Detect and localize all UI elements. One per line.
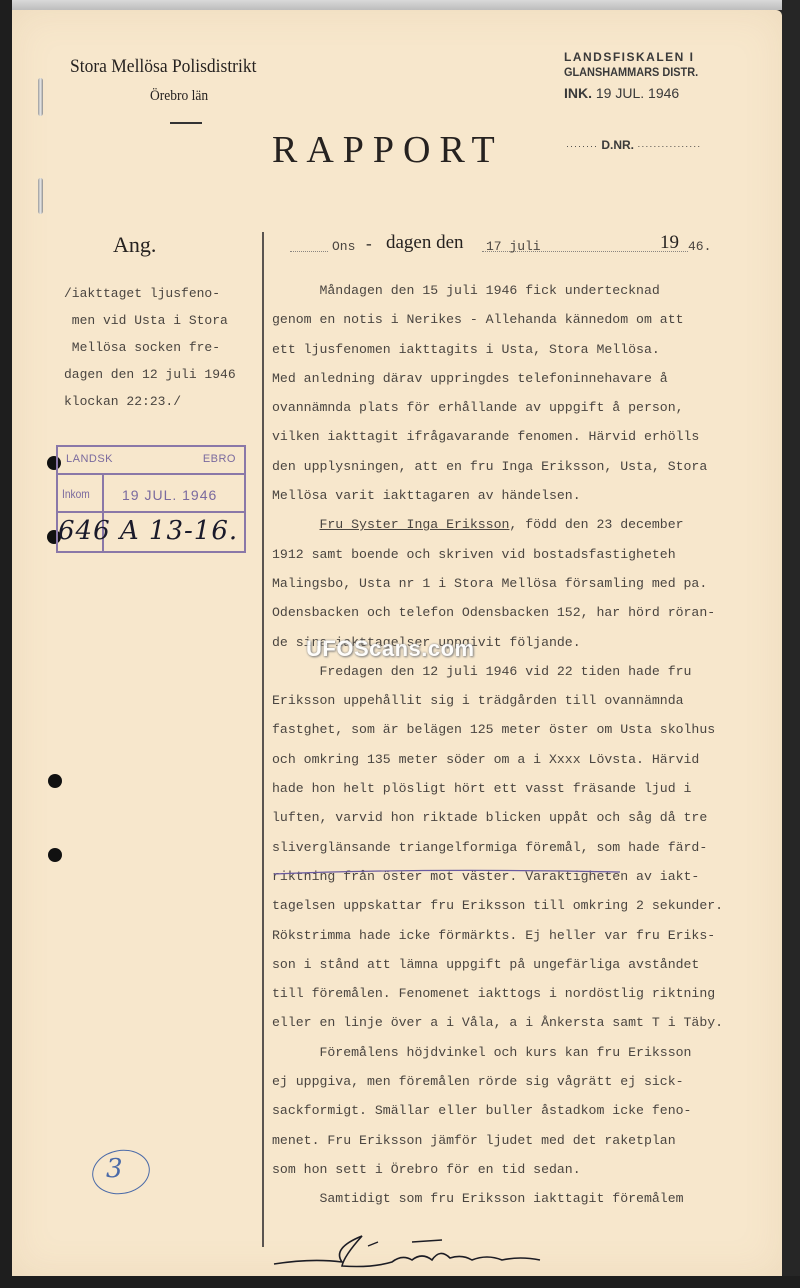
day-month: 17 juli (486, 239, 541, 254)
body-line: sliverglänsande triangelformiga föremål,… (272, 833, 782, 862)
registry-stamp-header-right: EBRO (203, 453, 236, 465)
stamp-rule (58, 473, 244, 475)
header-divider (170, 122, 202, 124)
body-line: Samtidigt som fru Eriksson iakttagit för… (272, 1184, 782, 1213)
subject-label: Ang. (113, 232, 156, 258)
report-body: Måndagen den 15 juli 1946 fick underteck… (272, 276, 782, 1214)
receipt-stamp-line2: GLANSHAMMARS DISTR. (564, 67, 698, 79)
body-line: eller en linje över a i Våla, a i Ånkers… (272, 1008, 782, 1037)
body-line: Mellösa varit iakttagaren av händelsen. (272, 481, 782, 510)
body-line: Med anledning därav uppringdes telefonin… (272, 364, 782, 393)
body-line: ett ljusfenomen iakttagits i Usta, Stora… (272, 335, 782, 364)
registry-stamp-header-left: LANDSK (66, 453, 113, 465)
receipt-stamp-line1: LANDSFISKALEN I (564, 50, 705, 64)
subject-line: klockan 22:23./ (64, 388, 260, 415)
dnr-label: D.NR. (601, 138, 634, 152)
weekday: Ons (332, 239, 355, 254)
body-line: Måndagen den 15 juli 1946 fick underteck… (272, 276, 782, 305)
stamp-rule (58, 511, 244, 513)
printed-dagen-den: dagen den (386, 232, 464, 254)
ink-date: 19 JUL. 1946 (596, 85, 679, 101)
staple-top (38, 78, 43, 116)
body-line: ovannämnda plats för erhållande av uppgi… (272, 393, 782, 422)
page-number: 3 (106, 1154, 123, 1184)
receipt-stamp: LANDSFISKALEN I GLANSHAMMARS DISTR. INK.… (564, 50, 705, 101)
body-line: vilken iakttagit ifrågavarande fenomen. … (272, 422, 782, 451)
body-line: till föremålen. Fenomenet iakttogs i nor… (272, 979, 782, 1008)
subject-line: /iakttaget ljusfeno- (64, 280, 260, 307)
date-line: Ons - dagen den 17 juli 19 46. (290, 232, 730, 254)
witness-details: , född den 23 december (509, 517, 683, 532)
subject-text: /iakttaget ljusfeno- men vid Usta i Stor… (64, 280, 260, 415)
registry-stamp-date: 19 JUL. 1946 (122, 487, 217, 503)
body-line: luften, varvid hon riktade blicken uppåt… (272, 803, 782, 832)
watermark: UFOScans.com (306, 636, 475, 662)
receipt-stamp-date-row: INK. 19 JUL. 1946 (564, 85, 705, 101)
inkom-label: Inkom (62, 487, 90, 501)
dnr-dots-right: ················ (637, 141, 701, 151)
body-line: som hon sett i Örebro för en tid sedan. (272, 1155, 782, 1184)
body-line: fastghet, som är belägen 125 meter öster… (272, 715, 782, 744)
dotted-rule (290, 250, 328, 252)
date-separator: - (366, 234, 372, 254)
body-line: Föremålens höjdvinkel och kurs kan fru E… (272, 1038, 782, 1067)
scanner-right-edge (782, 0, 800, 1288)
body-line: Odensbacken och telefon Odensbacken 152,… (272, 598, 782, 627)
handwritten-reference: 646 A 13-16. (58, 516, 238, 546)
printed-century: 19 (660, 232, 679, 254)
county-name: Örebro län (150, 88, 208, 105)
signature (272, 1228, 572, 1278)
scanner-left-edge (0, 0, 12, 1288)
body-line: Eriksson uppehållit sig i trädgården til… (272, 686, 782, 715)
body-line: 1912 samt boende och skriven vid bostads… (272, 540, 782, 569)
body-line: hade hon helt plösligt hört ett vasst fr… (272, 774, 782, 803)
body-line: genom en notis i Nerikes - Allehanda kän… (272, 305, 782, 334)
page-title: RAPPORT (272, 128, 504, 172)
body-line: den upplysningen, att en fru Inga Erikss… (272, 452, 782, 481)
punch-hole (48, 848, 62, 862)
witness-name: Fru Syster Inga Eriksson (319, 517, 509, 532)
subject-line: dagen den 12 juli 1946 (64, 361, 260, 388)
body-line: Fru Syster Inga Eriksson, född den 23 de… (272, 510, 782, 539)
scanner-bottom-edge (0, 1276, 800, 1288)
ink-label: INK. (564, 85, 592, 101)
body-line: sackformigt. Smällar eller buller åstadk… (272, 1096, 782, 1125)
scanner-top-edge (0, 0, 800, 10)
column-divider (262, 232, 264, 1247)
body-line: menet. Fru Eriksson jämför ljudet med de… (272, 1126, 782, 1155)
district-name: Stora Mellösa Polisdistrikt (70, 56, 256, 78)
dnr-field: ········ D.NR. ················ (566, 138, 701, 152)
subject-line: Mellösa socken fre- (64, 334, 260, 361)
pen-underline-mark (270, 860, 760, 880)
body-line: ej uppgiva, men föremålen rörde sig vågr… (272, 1067, 782, 1096)
body-line: son i stånd att lämna uppgift på ungefär… (272, 950, 782, 979)
punch-hole (48, 774, 62, 788)
dnr-dots-left: ········ (566, 141, 598, 151)
body-line: Malingsbo, Usta nr 1 i Stora Mellösa för… (272, 569, 782, 598)
staple-bottom (38, 178, 43, 214)
subject-line: men vid Usta i Stora (64, 307, 260, 334)
year: 46. (688, 239, 711, 254)
body-line: och omkring 135 meter söder om a i Xxxx … (272, 745, 782, 774)
body-line: tagelsen uppskattar fru Eriksson till om… (272, 891, 782, 920)
body-line: Rökstrimma hade icke förmärkts. Ej helle… (272, 921, 782, 950)
